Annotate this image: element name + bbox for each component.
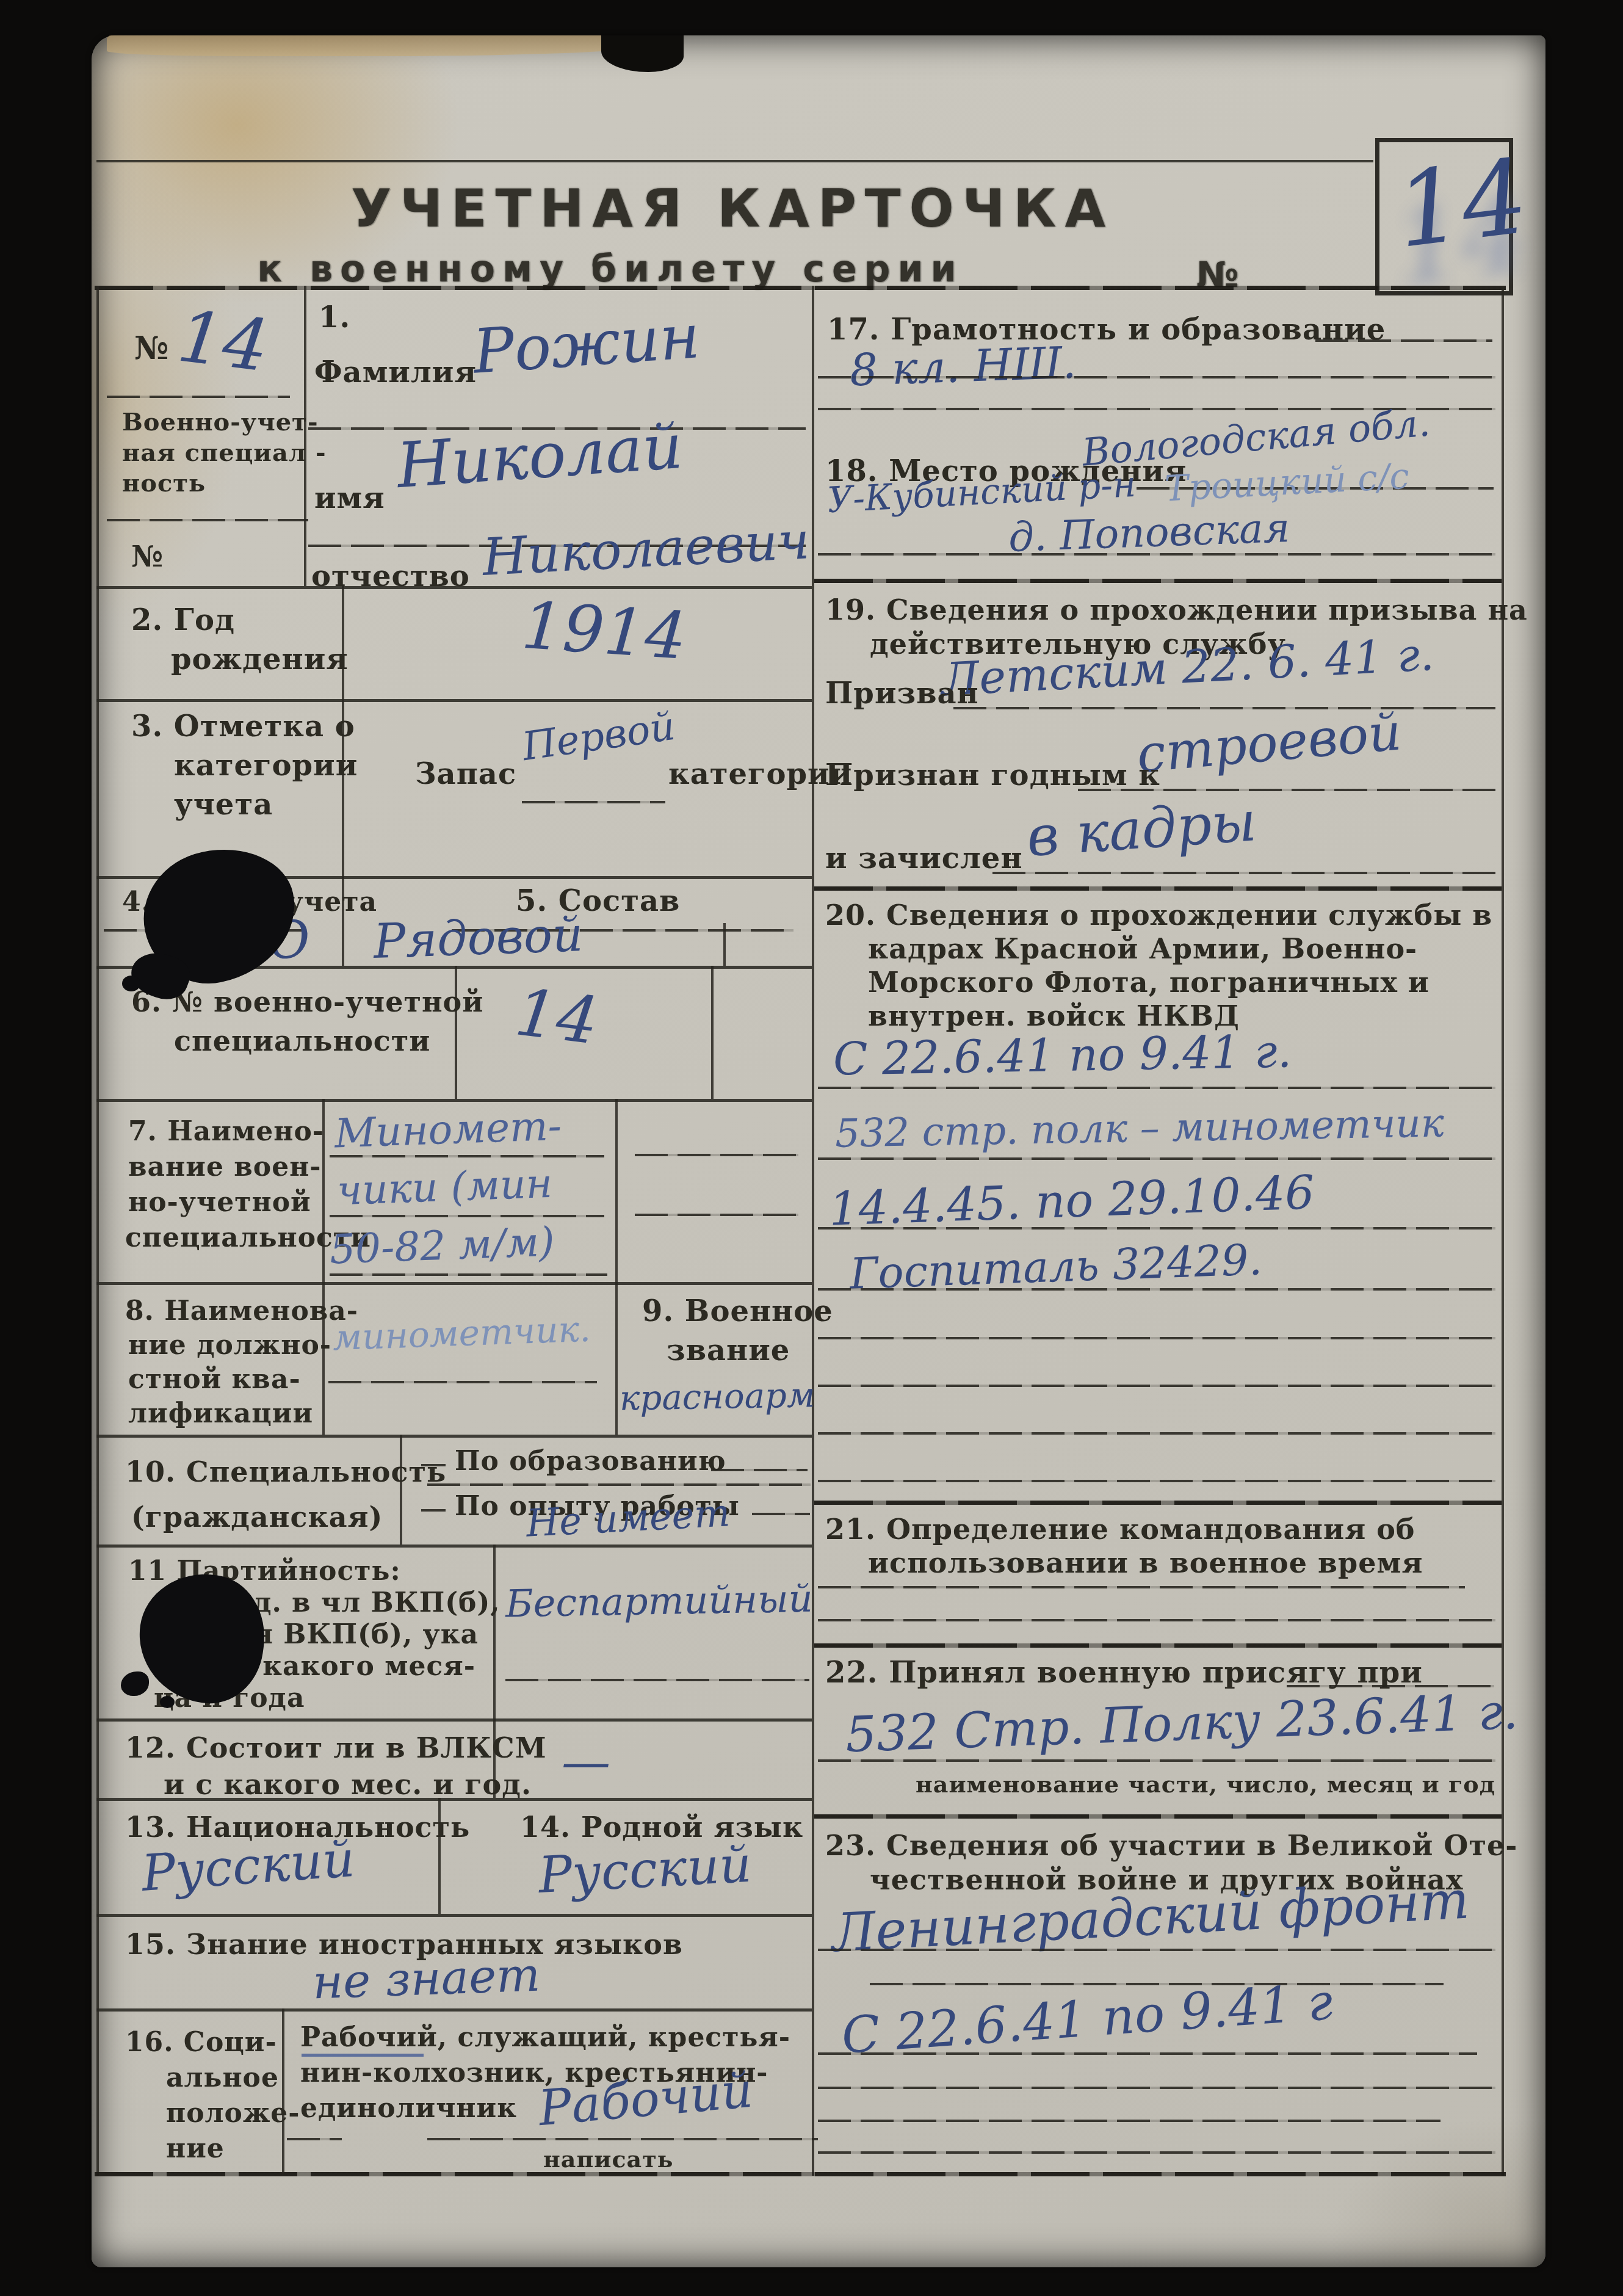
field5-value: Рядовой (373, 907, 584, 969)
field7-value-3: 50-82 м/м) (329, 1219, 555, 1273)
reg-no-value: 14 (173, 295, 273, 388)
field6-value: 14 (511, 974, 602, 1059)
field16-label-1: 16. Соци- (125, 2027, 277, 2058)
field20-line1-value: С 22.6.41 по 9.41 г. (833, 1025, 1292, 1085)
field9-value: красноармеец (619, 1375, 815, 1419)
field11-value: Беспартийный (505, 1576, 813, 1626)
field20-empty-rule-3 (818, 1432, 1495, 1435)
row11-top (96, 1798, 812, 1801)
field7-sideline-2 (635, 1214, 798, 1216)
field23-empty-rule-3 (818, 2151, 1495, 2154)
field23-empty-rule-2 (818, 2120, 1440, 2122)
field20-rule-3 (818, 1227, 1495, 1229)
reg-no-label: № (134, 330, 170, 367)
field20-title: 20. Сведения о прохождении службы в кадр… (825, 899, 1527, 1033)
reg-divider-line (107, 396, 290, 398)
section19-border (814, 579, 1502, 583)
field10-exp-line (752, 1513, 810, 1515)
top-rule (96, 160, 1373, 162)
field21-empty-rule-1 (818, 1586, 1465, 1588)
reg-spec-label-3: ность (122, 469, 206, 498)
field23-rule-1 (818, 1949, 1495, 1951)
field16-caption: написать (543, 2145, 674, 2173)
field14-label: 14. Родной язык (520, 1811, 803, 1844)
field7-line-2 (330, 1215, 604, 1217)
field7-label-3: но-учетной (128, 1187, 311, 1218)
card-title: УЧЕТНАЯ КАРТОЧКА (305, 178, 1160, 239)
field12-label-2: и с какого мес. и год. (164, 1768, 532, 1801)
section21-border (814, 1501, 1502, 1505)
reg-spec-label-2: ная специал - (122, 438, 327, 467)
row13-top (96, 2008, 812, 2012)
field16-line (427, 2138, 818, 2140)
field21-empty-rule-2 (818, 1619, 1495, 1621)
field10-edu-label: По образованию (455, 1446, 726, 1477)
row8-top (96, 1435, 812, 1438)
field1-number: 1. (319, 300, 350, 335)
row4-short-divider (723, 923, 726, 966)
field17-line-1 (818, 376, 1495, 378)
field17-label: 17. Грамотность и образование (827, 313, 1386, 347)
row8-divider (400, 1435, 402, 1545)
field9-label-2: звание (667, 1333, 790, 1367)
field19-line-3 (992, 872, 1495, 874)
field18-line-2 (818, 553, 1495, 556)
field16-options-3: единоличник (300, 2093, 517, 2124)
row13-divider (282, 2008, 284, 2173)
field9-label-1: 9. Военное (642, 1294, 833, 1328)
field7-sideline-1 (635, 1154, 798, 1156)
field19-enl-label: и зачислен (825, 841, 1023, 875)
field10-label-1: 10. Специальность (125, 1455, 446, 1488)
row6-top (96, 1099, 812, 1102)
field11-line (505, 1679, 809, 1681)
ink-blot-top-speck (122, 976, 140, 991)
section22-border (814, 1643, 1502, 1648)
field16-label-2: альное (166, 2062, 279, 2093)
field16-options-1: Рабочий, служащий, крестья- (300, 2022, 790, 2053)
field16-label-3: положе- (166, 2098, 300, 2129)
field3-pre: Запас (415, 757, 516, 791)
row7-top (96, 1282, 812, 1285)
field21-title: 21. Определение командования об использо… (825, 1513, 1521, 1580)
field1-name-label: имя (314, 481, 385, 515)
field8-label-1: 8. Наименова- (125, 1295, 358, 1327)
field6-label-2: специальности (174, 1024, 431, 1057)
field7-label-2: вание воен- (128, 1151, 322, 1182)
field16-dash (287, 2138, 342, 2140)
field20-rule-2 (818, 1157, 1495, 1160)
reg-spec-label-1: Военно-учет- (122, 408, 319, 436)
field23-title-1: 23. Сведения об участии в Великой Оте- (825, 1829, 1517, 1862)
field22-rule (818, 1759, 1495, 1762)
field22-caption: наименование части, число, месяц и год (916, 1770, 1495, 1798)
field19-fit-label: Признан годным к (825, 758, 1160, 792)
card-subtitle: к военному билету серии (183, 248, 1038, 291)
row6-divider-b (615, 1099, 618, 1282)
field3-line (522, 801, 665, 803)
field8-label-3: стной ква- (128, 1364, 301, 1395)
field7-value-2: чики (мин (336, 1160, 553, 1214)
field17-trailing-line (1315, 339, 1492, 342)
field10-exp-dash (421, 1509, 446, 1512)
scanned-card: УЧЕТНАЯ КАРТОЧКА к военному билету серии… (0, 0, 1623, 2296)
field10-edu-line (711, 1469, 808, 1471)
field23-empty-rule-1 (818, 2087, 1495, 2089)
field15-value: не знает (312, 1947, 541, 2010)
field8-label-2: ние должно- (128, 1330, 331, 1361)
field11-label-1: 11 Партийность: (128, 1555, 401, 1587)
row12-top (96, 1914, 812, 1917)
field7-line-1 (330, 1155, 604, 1157)
row3-top (96, 699, 812, 702)
field19-title-1: 19. Сведения о прохождении призыва на (825, 593, 1528, 626)
reg-divider-line-2 (107, 519, 308, 521)
column-divider (812, 286, 814, 2176)
field2-label-2: рождения (171, 642, 349, 676)
field16-option-underline (302, 2054, 424, 2057)
corner-number-value: 14 (1390, 137, 1534, 272)
field7-line-3 (330, 1273, 607, 1276)
table-right-border (1502, 286, 1504, 2176)
field19-called-label: Призван (825, 676, 979, 711)
field19-line-2 (1078, 789, 1495, 791)
torn-top-edge (107, 35, 644, 56)
field7-value-1: Миномет- (334, 1103, 562, 1157)
reg-no2-label: № (131, 540, 164, 574)
row9-top (96, 1545, 812, 1548)
row2-top (96, 586, 812, 589)
ink-blot-bottom-speck-2 (160, 1696, 175, 1708)
field23-rule-3 (818, 2052, 1477, 2055)
field17-value: 8 кл. НШ. (849, 337, 1077, 396)
field3-label-2: категории (174, 748, 358, 783)
field3-label-3: учета (174, 788, 273, 822)
section23-border (814, 1814, 1502, 1819)
field1-surname-label: Фамилия (314, 355, 477, 389)
row7-divider-b (615, 1282, 618, 1435)
field19-line-1 (953, 707, 1495, 709)
field3-label-1: 3. Отметка о (131, 709, 355, 744)
field10-edu-dash (421, 1464, 446, 1466)
field8-line (328, 1381, 597, 1383)
field20-empty-rule-4 (818, 1480, 1495, 1482)
field2-value: 1914 (519, 588, 689, 675)
field20-rule-1 (818, 1087, 1495, 1089)
table-left-border (96, 286, 99, 2176)
section20-border (814, 886, 1502, 891)
field10-label-2: (гражданская) (131, 1501, 383, 1534)
field10-mid-line (427, 1483, 811, 1486)
table-bottom-border (95, 2172, 1506, 2176)
field16-label-4: ние (166, 2133, 225, 2164)
field20-empty-rule-1 (818, 1337, 1495, 1339)
field8-label-4: лификации (128, 1398, 313, 1429)
field20-empty-rule-2 (818, 1385, 1495, 1387)
row10-top (96, 1718, 812, 1722)
field7-label-1: 7. Наимено- (128, 1116, 324, 1147)
field12-value: — (562, 1734, 610, 1791)
field14-value: Русский (537, 1836, 753, 1905)
field2-label-1: 2. Год (131, 603, 235, 637)
field20-rule-4 (818, 1288, 1495, 1291)
field12-label-1: 12. Состоит ли в ВЛКСМ (125, 1731, 547, 1764)
row5-divider-b (711, 966, 714, 1099)
